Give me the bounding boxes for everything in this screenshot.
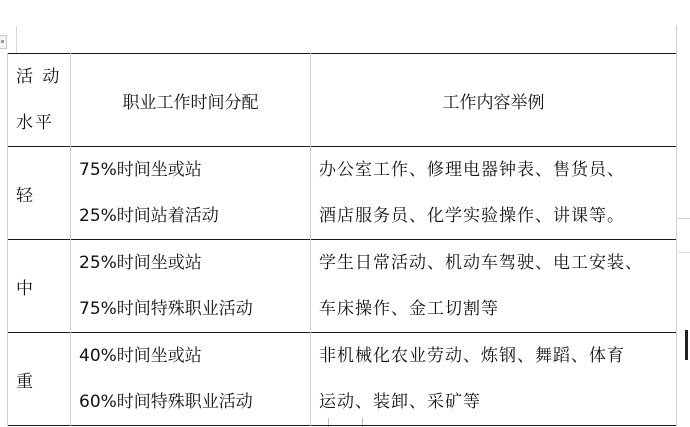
- page-edge-mark: [678, 218, 690, 219]
- header-time-allocation[interactable]: 职业工作时间分配: [71, 54, 311, 147]
- header-work-examples[interactable]: 工作内容举例: [311, 54, 677, 147]
- level-cell[interactable]: 重: [8, 333, 71, 426]
- page-edge-mark: [678, 252, 690, 253]
- table-row-medium: 中 25%时间坐或站 75%时间特殊职业活动 学生日常活动、机动车驾驶、电工安装…: [8, 240, 677, 333]
- table-header-row: 活 动 水平 职业工作时间分配 工作内容举例: [8, 54, 677, 147]
- activity-level-table: 活 动 水平 职业工作时间分配 工作内容举例 轻 75%时间坐或站 25%时间站…: [7, 53, 677, 426]
- allocation-cell[interactable]: 25%时间坐或站 75%时间特殊职业活动: [71, 240, 311, 333]
- examples-cell[interactable]: 办公室工作、修理电器钟表、售货员、 酒店服务员、化学实验操作、讲课等。: [311, 147, 677, 240]
- allocation-cell[interactable]: 75%时间坐或站 25%时间站着活动: [71, 147, 311, 240]
- table-row-heavy: 重 40%时间坐或站 60%时间特殊职业活动 非机械化农业劳动、炼钢、舞蹈、体育…: [8, 333, 677, 426]
- allocation-cell[interactable]: 40%时间坐或站 60%时间特殊职业活动: [71, 333, 311, 426]
- table-move-handle[interactable]: [0, 35, 7, 49]
- examples-cell[interactable]: 学生日常活动、机动车驾驶、电工安装、 车床操作、金工切割等: [311, 240, 677, 333]
- margin-marker-left: [16, 26, 17, 53]
- level-cell[interactable]: 中: [8, 240, 71, 333]
- text-cursor: [685, 330, 688, 360]
- margin-marker-right: [676, 25, 677, 53]
- table-row-light: 轻 75%时间坐或站 25%时间站着活动 办公室工作、修理电器钟表、售货员、 酒…: [8, 147, 677, 240]
- level-cell[interactable]: 轻: [8, 147, 71, 240]
- header-activity-level[interactable]: 活 动 水平: [8, 54, 71, 147]
- examples-cell[interactable]: 非机械化农业劳动、炼钢、舞蹈、体育 运动、装卸、采矿等: [311, 333, 677, 426]
